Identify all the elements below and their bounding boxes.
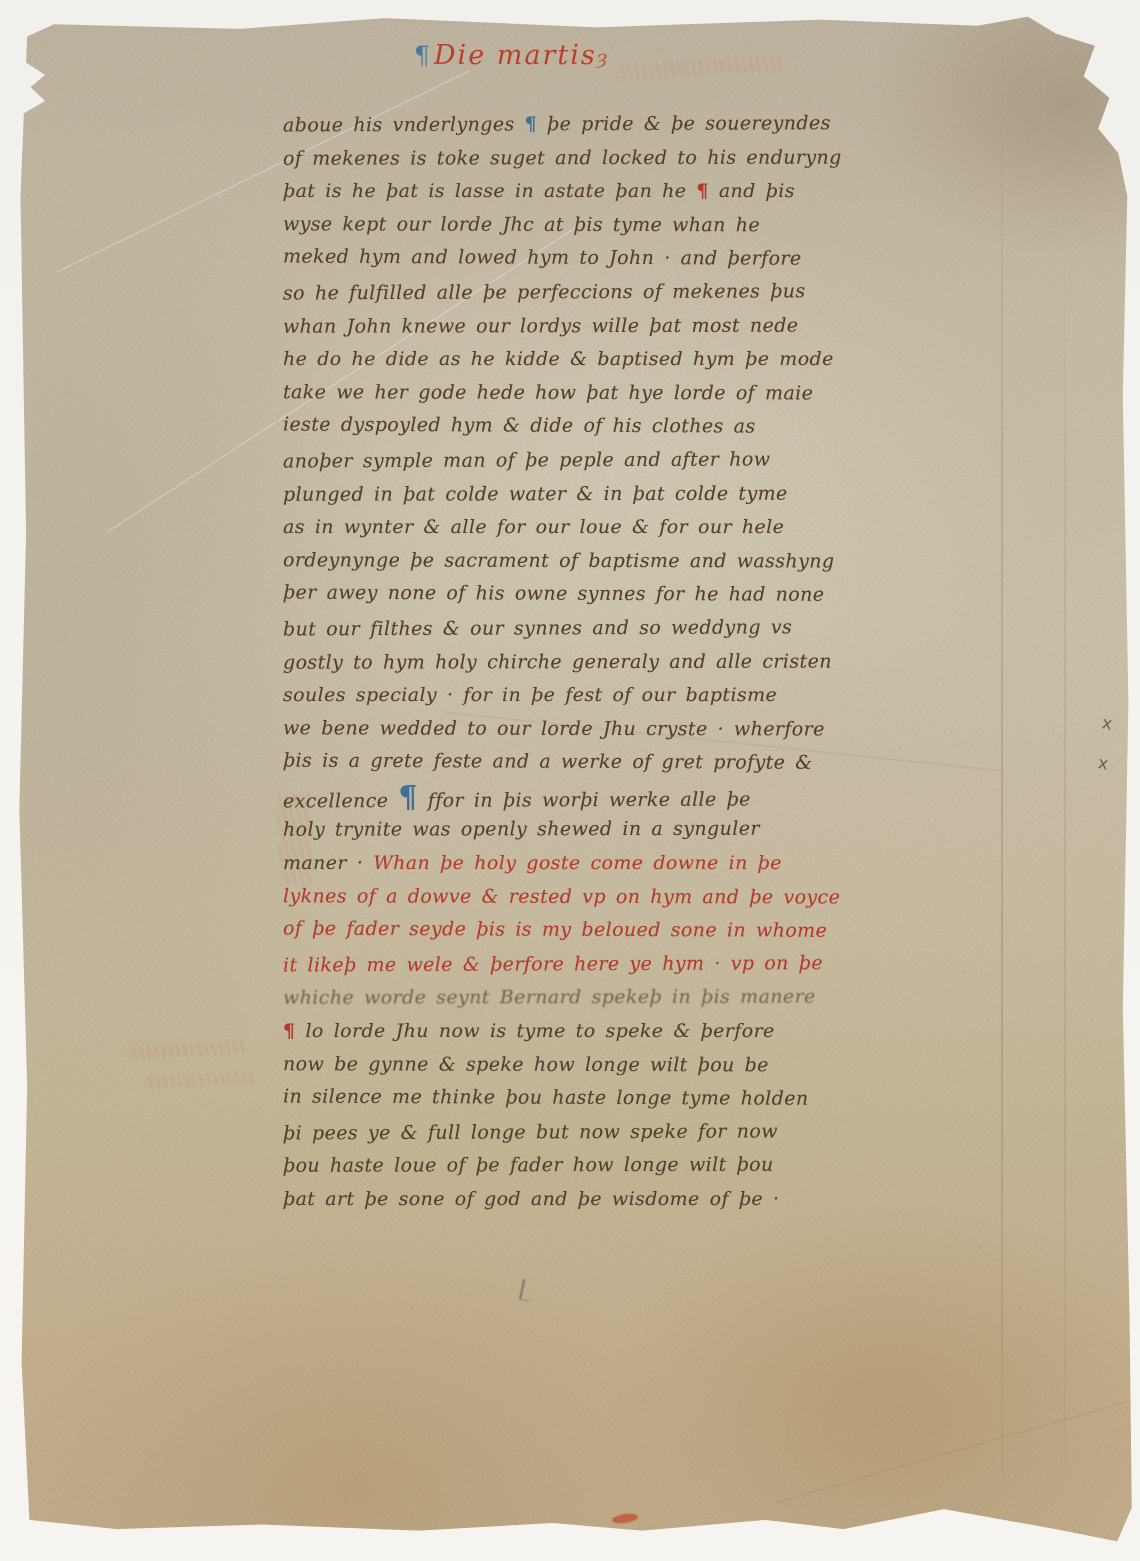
text-line: now be gynne & speke how longe wilt þou … bbox=[283, 1048, 975, 1083]
text-line: þis is a grete feste and a werke of gret… bbox=[283, 745, 975, 781]
text-segment: þe pride & þe souereyndes bbox=[537, 112, 831, 135]
text-segment: wyse kept our lorde Jhc at þis tyme whan… bbox=[283, 213, 760, 236]
red-segment: it likeþ me wele & þerfore here ye hym ·… bbox=[283, 952, 823, 976]
text-line: whiche worde seynt Bernard spekeþ in þis… bbox=[283, 981, 975, 1016]
text-segment: now be gynne & speke how longe wilt þou … bbox=[283, 1053, 769, 1076]
text-line: in silence me thinke þou haste longe tym… bbox=[283, 1081, 975, 1117]
text-segment: þat is he þat is lasse in astate þan he bbox=[283, 180, 696, 202]
text-segment: we bene wedded to our lorde Jhu cryste ·… bbox=[283, 717, 825, 740]
blue-segment: ¶ bbox=[525, 113, 538, 135]
photo-backdrop: ¶Die martisȝ aboue his vnderlynges ¶ þe … bbox=[0, 0, 1140, 1561]
faded-marginal-note bbox=[128, 1041, 248, 1059]
text-line: anoþer symple man of þe peple and after … bbox=[283, 442, 975, 478]
fold-line bbox=[1064, 212, 1066, 1462]
text-segment: ordeynynge þe sacrament of baptisme and … bbox=[283, 549, 834, 572]
text-segment: maner · bbox=[283, 852, 373, 874]
paraph-mark-icon: ¶ bbox=[414, 41, 432, 70]
text-line: soules specialy · for in þe fest of our … bbox=[283, 679, 975, 713]
text-segment: ieste dyspoyled hym & dide of his clothe… bbox=[283, 414, 756, 438]
text-segment: ffor in þis worþi werke alle þe bbox=[418, 788, 751, 811]
text-segment: anoþer symple man of þe peple and after … bbox=[283, 448, 770, 472]
red-segment: Whan þe holy goste come downe in þe bbox=[373, 852, 782, 874]
faded-segment: whiche worde seynt Bernard spekeþ in þis… bbox=[283, 986, 816, 1009]
text-line: excellence ¶ ffor in þis worþi werke all… bbox=[283, 778, 975, 814]
text-segment: þer awey none of his owne synnes for he … bbox=[283, 582, 824, 606]
text-line: so he fulfilled alle þe perfeccions of m… bbox=[283, 275, 975, 311]
red-offset-smudge bbox=[616, 56, 787, 81]
text-segment: gostly to hym holy chirche generaly and … bbox=[283, 650, 832, 673]
bluebig-segment: ¶ bbox=[398, 780, 418, 815]
text-segment: in silence me thinke þou haste longe tym… bbox=[283, 1086, 809, 1110]
redpar-segment: ¶ bbox=[696, 180, 709, 202]
faint-bottom-mark bbox=[519, 1279, 534, 1302]
text-segment: þou haste loue of þe fader how longe wil… bbox=[283, 1154, 774, 1177]
text-line: gostly to hym holy chirche generaly and … bbox=[283, 645, 975, 680]
text-line: ¶ lo lorde Jhu now is tyme to speke & þe… bbox=[283, 1015, 975, 1049]
text-line: of þe fader seyde þis is my beloued sone… bbox=[283, 913, 975, 949]
fold-line bbox=[1001, 72, 1003, 1472]
text-line: it likeþ me wele & þerfore here ye hym ·… bbox=[283, 946, 975, 982]
text-segment: holy trynite was openly shewed in a syng… bbox=[283, 818, 760, 841]
text-segment: but our filthes & our synnes and so wedd… bbox=[283, 616, 792, 640]
text-line: we bene wedded to our lorde Jhu cryste ·… bbox=[283, 712, 975, 747]
text-line: he do he dide as he kidde & baptised hym… bbox=[283, 343, 975, 377]
flourish-mark: ȝ bbox=[597, 45, 609, 69]
manuscript-leaf: ¶Die martisȝ aboue his vnderlynges ¶ þe … bbox=[16, 12, 1134, 1546]
running-title: ¶Die martisȝ bbox=[414, 40, 609, 71]
text-segment: as in wynter & alle for our loue & for o… bbox=[283, 516, 784, 538]
text-line: þou haste loue of þe fader how longe wil… bbox=[283, 1149, 975, 1184]
text-line: meked hym and lowed hym to John · and þe… bbox=[283, 241, 975, 277]
text-segment: þi pees ye & full longe but now speke fo… bbox=[283, 1120, 778, 1144]
crease-line bbox=[776, 1386, 1140, 1503]
text-line: plunged in þat colde water & in þat cold… bbox=[283, 477, 975, 512]
text-line: lyknes of a dowve & rested vp on hym and… bbox=[283, 880, 975, 915]
redpar-segment: ¶ bbox=[283, 1020, 296, 1042]
text-line: þer awey none of his owne synnes for he … bbox=[283, 577, 975, 613]
text-segment: and þis bbox=[709, 180, 795, 202]
text-line: þi pees ye & full longe but now speke fo… bbox=[283, 1114, 975, 1150]
text-line: take we her gode hede how þat hye lorde … bbox=[283, 376, 975, 411]
text-line: of mekenes is toke suget and locked to h… bbox=[283, 141, 975, 176]
text-segment: whan John knewe our lordys wille þat mos… bbox=[283, 314, 798, 337]
text-segment: aboue his vnderlynges bbox=[283, 113, 525, 136]
text-segment: lo lorde Jhu now is tyme to speke & þerf… bbox=[296, 1020, 775, 1042]
text-block: aboue his vnderlynges ¶ þe pride & þe so… bbox=[283, 108, 975, 1217]
text-line: but our filthes & our synnes and so wedd… bbox=[283, 610, 975, 646]
text-line: holy trynite was openly shewed in a syng… bbox=[283, 813, 975, 848]
text-line: ordeynynge þe sacrament of baptisme and … bbox=[283, 544, 975, 579]
text-line: as in wynter & alle for our loue & for o… bbox=[283, 511, 975, 545]
text-line: þat is he þat is lasse in astate þan he … bbox=[283, 175, 975, 209]
text-line: wyse kept our lorde Jhc at þis tyme whan… bbox=[283, 208, 975, 243]
text-segment: þis is a grete feste and a werke of gret… bbox=[283, 750, 813, 774]
red-segment: of þe fader seyde þis is my beloued sone… bbox=[283, 918, 827, 942]
text-segment: he do he dide as he kidde & baptised hym… bbox=[283, 348, 834, 370]
red-segment: lyknes of a dowve & rested vp on hym and… bbox=[283, 885, 840, 908]
margin-x-mark: x bbox=[1096, 753, 1109, 774]
text-line: whan John knewe our lordys wille þat mos… bbox=[283, 309, 975, 344]
text-segment: þat art þe sone of god and þe wisdome of… bbox=[283, 1188, 779, 1210]
text-segment: so he fulfilled alle þe perfeccions of m… bbox=[283, 280, 806, 304]
text-segment: meked hym and lowed hym to John · and þe… bbox=[283, 246, 802, 270]
text-segment: take we her gode hede how þat hye lorde … bbox=[283, 381, 813, 404]
text-segment: of mekenes is toke suget and locked to h… bbox=[283, 146, 842, 169]
text-segment: plunged in þat colde water & in þat cold… bbox=[283, 482, 788, 505]
text-line: ieste dyspoyled hym & dide of his clothe… bbox=[283, 409, 975, 445]
margin-x-mark: x bbox=[1100, 713, 1113, 734]
red-ink-spot bbox=[612, 1512, 639, 1525]
text-segment: soules specialy · for in þe fest of our … bbox=[283, 684, 777, 706]
text-segment: excellence bbox=[283, 790, 398, 812]
text-line: þat art þe sone of god and þe wisdome of… bbox=[283, 1183, 975, 1217]
running-title-text: Die martis bbox=[434, 40, 597, 71]
text-line: aboue his vnderlynges ¶ þe pride & þe so… bbox=[283, 107, 975, 143]
text-line: maner · Whan þe holy goste come downe in… bbox=[283, 847, 975, 881]
faded-marginal-note bbox=[144, 1071, 254, 1089]
